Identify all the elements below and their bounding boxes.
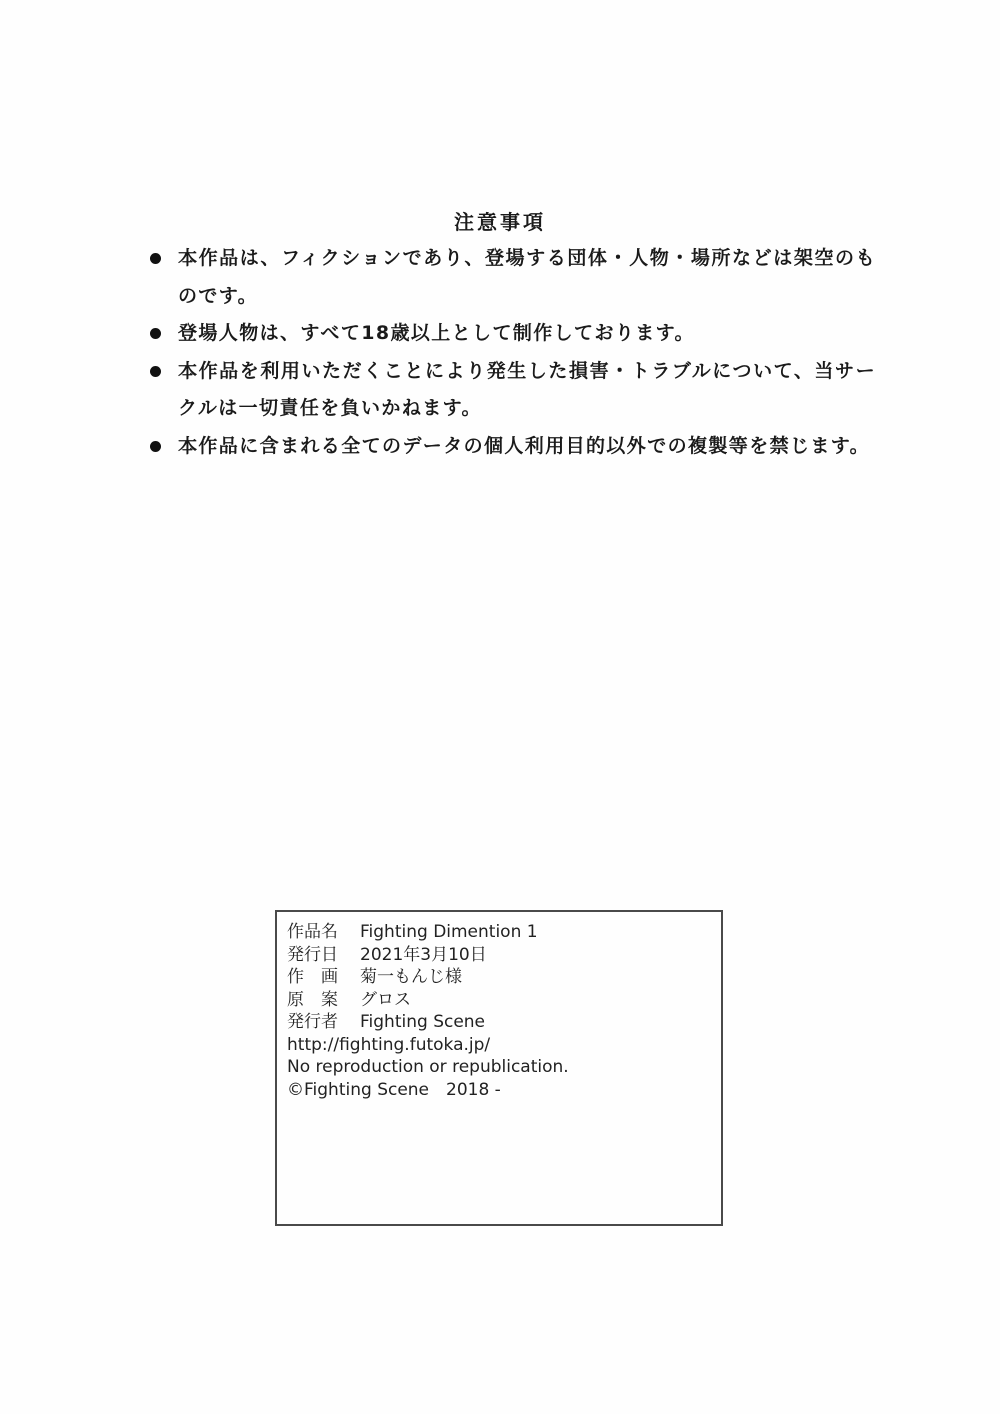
notice-text: 登場人物は、すべて18歳以上として制作しております。 [178,322,695,344]
colophon-row: 原 案 グロス [287,989,711,1012]
notice-item: 本作品は、フィクションであり、登場する団体・人物・場所などは架空のものです。 [148,240,876,315]
colophon-label: 発行者 [287,1011,360,1034]
bullet-icon [150,328,161,339]
notice-item: 登場人物は、すべて18歳以上として制作しております。 [148,315,876,353]
colophon-value: 2021年3月10日 [360,944,711,967]
colophon-row: 発行者 Fighting Scene [287,1011,711,1034]
colophon-copyright: ©Fighting Scene 2018 - [287,1079,711,1102]
notice-list: 本作品は、フィクションであり、登場する団体・人物・場所などは架空のものです。 登… [148,240,876,465]
colophon-value: 菊一もんじ様 [360,966,711,989]
colophon-value: グロス [360,989,711,1012]
bullet-icon [150,366,161,377]
notice-text: 本作品を利用いただくことにより発生した損害・トラブルについて、当サークルは一切責… [178,360,876,420]
colophon-label: 原 案 [287,989,360,1012]
bullet-icon [150,253,161,264]
notice-item: 本作品を利用いただくことにより発生した損害・トラブルについて、当サークルは一切責… [148,353,876,428]
notice-text: 本作品は、フィクションであり、登場する団体・人物・場所などは架空のものです。 [178,247,876,307]
colophon-row: 作品名 Fighting Dimention 1 [287,921,711,944]
colophon-row: 発行日 2021年3月10日 [287,944,711,967]
bullet-icon [150,441,161,452]
document-page: 注意事項 本作品は、フィクションであり、登場する団体・人物・場所などは架空のもの… [0,0,1000,1414]
colophon-value: Fighting Scene [360,1011,711,1034]
colophon-reproduction-notice: No reproduction or republication. [287,1056,711,1079]
colophon-row: 作 画 菊一もんじ様 [287,966,711,989]
colophon-label: 作品名 [287,921,360,944]
colophon-url: http://fighting.futoka.jp/ [287,1034,711,1057]
colophon-label: 発行日 [287,944,360,967]
notice-item: 本作品に含まれる全てのデータの個人利用目的以外での複製等を禁じます。 [148,428,876,466]
colophon-box: 作品名 Fighting Dimention 1 発行日 2021年3月10日 … [275,910,723,1226]
page-title: 注意事項 [0,208,1000,236]
colophon-value: Fighting Dimention 1 [360,921,711,944]
colophon-label: 作 画 [287,966,360,989]
notice-text: 本作品に含まれる全てのデータの個人利用目的以外での複製等を禁じます。 [178,435,870,457]
